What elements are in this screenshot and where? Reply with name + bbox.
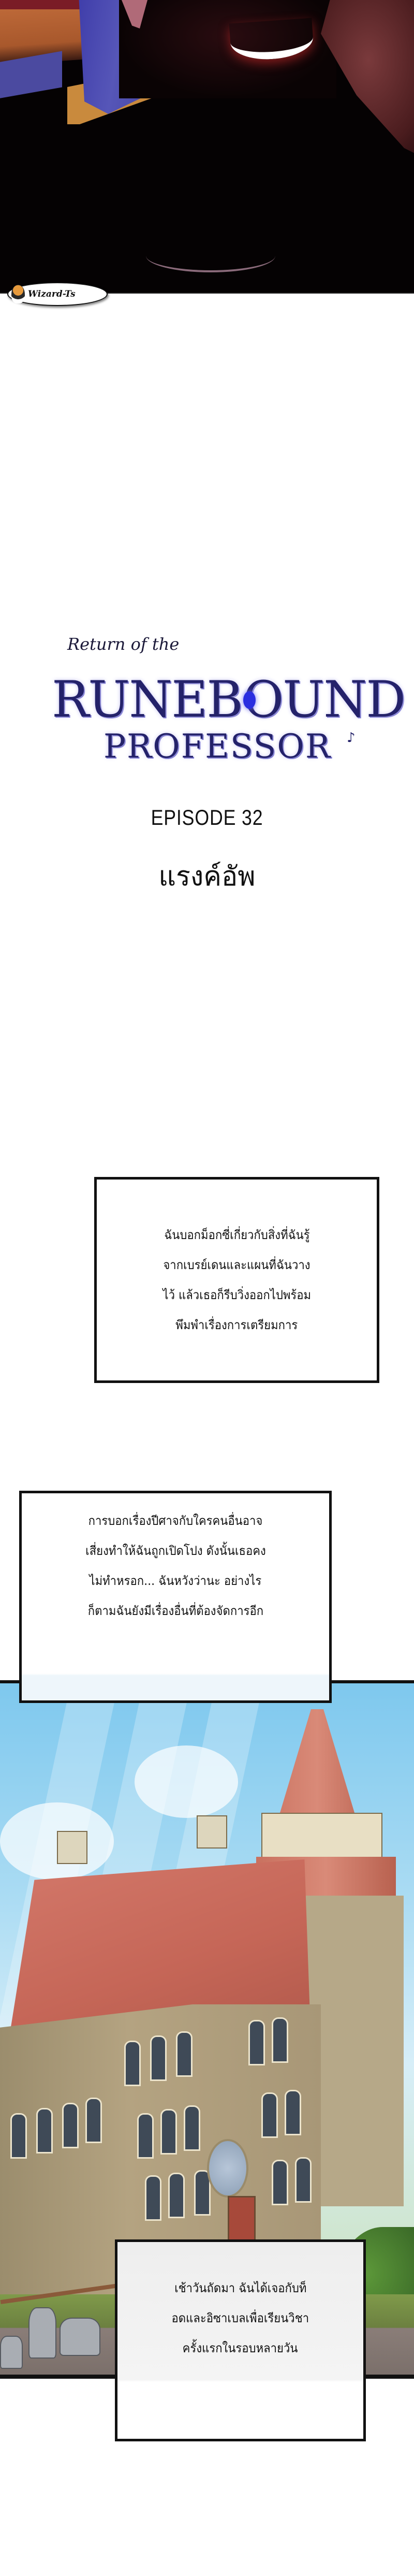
narration-line: ก็ตามฉันยังมีเรื่องอื่นที่ต้องจัดการอีก xyxy=(87,1596,263,1626)
faint-smile-line xyxy=(146,239,275,272)
rune-stone xyxy=(0,2336,23,2369)
window xyxy=(160,2109,177,2155)
window xyxy=(176,2031,193,2077)
narration-line: พึมพำเรื่องการเตรียมการ xyxy=(175,1310,298,1340)
window xyxy=(36,2108,53,2153)
rose-window xyxy=(207,2139,248,2197)
narration-box-3: เช้าวันถัดมา ฉันได้เจอกับท็ อดและอิซาเบล… xyxy=(115,2239,366,2441)
rune-stone xyxy=(28,2307,56,2359)
watermark-text: Wizard-Ts xyxy=(28,289,76,299)
logo-line-professor: PROFESSOR xyxy=(83,727,352,766)
scanlator-watermark: Wizard-Ts xyxy=(7,282,108,306)
cloud xyxy=(135,1745,238,1818)
narration-line: ไว้ แล้วเธอก็รีบวิ่งออกไปพร้อม xyxy=(162,1280,311,1310)
narration-line: เสี่ยงทำให้ฉันถูกเปิดโปง ดังนั้นเธอคง xyxy=(85,1536,266,1566)
narration-box-1: ฉันบอกม็อกซี่เกี่ยวกับสิ่งที่ฉันรู้ จากเ… xyxy=(94,1177,379,1383)
window xyxy=(137,2113,154,2159)
episode-title: แรงค์อัพ xyxy=(0,854,414,897)
window xyxy=(248,2020,265,2065)
opening-panel xyxy=(0,0,414,294)
series-logo: Return of the RUNEBOUND PROFESSOR ♪ xyxy=(52,629,383,784)
window xyxy=(285,2090,301,2135)
logo-line-runebound: RUNEBOUND xyxy=(52,671,383,729)
rune-stone xyxy=(60,2318,100,2356)
narration-line: ครั้งแรกในรอบหลายวัน xyxy=(183,2333,298,2363)
episode-number: EPISODE 32 xyxy=(31,805,383,830)
window xyxy=(10,2113,27,2159)
tower-belfry xyxy=(261,1813,382,1861)
window xyxy=(145,2175,161,2221)
narration-line: การบอกเรื่องปีศาจกับใครคนอื่นอาจ xyxy=(88,1506,263,1536)
window xyxy=(295,2157,312,2203)
chimney xyxy=(197,1815,227,1849)
logo-line-return: Return of the xyxy=(67,634,179,654)
narration-box-2: การบอกเรื่องปีศาจกับใครคนอื่นอาจ เสี่ยงท… xyxy=(19,1491,332,1703)
rune-gem-icon xyxy=(243,691,256,709)
window xyxy=(184,2105,200,2151)
narration-line: จากเบรย์เดนและแผนที่ฉันวาง xyxy=(163,1250,310,1280)
window xyxy=(85,2098,102,2143)
chimney xyxy=(57,1831,87,1864)
window xyxy=(62,2103,79,2148)
window xyxy=(272,2017,288,2063)
narration-line: อดและอิซาเบลเพื่อเรียนวิชา xyxy=(172,2303,309,2333)
music-note-icon: ♪ xyxy=(347,730,356,746)
narration-line: ฉันบอกม็อกซี่เกี่ยวกับสิ่งที่ฉันรู้ xyxy=(164,1220,309,1250)
window xyxy=(150,2035,167,2081)
wizard-mascot-icon xyxy=(11,285,25,303)
window xyxy=(168,2173,185,2218)
narration-line: เช้าวันถัดมา ฉันได้เจอกับท็ xyxy=(174,2273,306,2303)
window xyxy=(272,2160,288,2205)
window xyxy=(124,2041,141,2086)
narration-line: ไม่ทำหรอก... ฉันหวังว่านะ อย่างไร xyxy=(90,1566,262,1596)
window xyxy=(261,2092,278,2138)
